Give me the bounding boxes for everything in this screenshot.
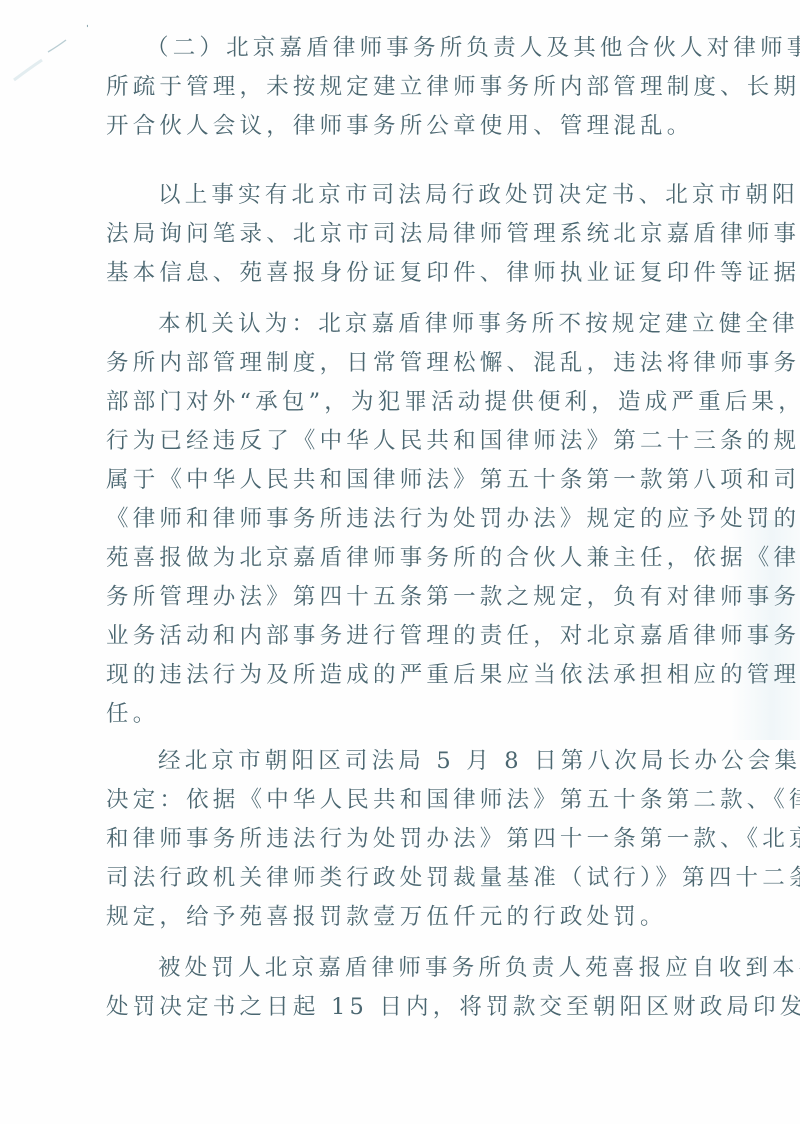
paragraph-gap — [106, 937, 750, 949]
paragraph-payment: 被处罚人北京嘉盾律师事务所负责人苑喜报应自收到本行政 处罚决定书之日起 15 日… — [106, 949, 750, 1027]
text-line: 务所管理办法》第四十五条第一款之规定，负有对律师事务所的 — [106, 578, 750, 617]
text-line: 业务活动和内部事务进行管理的责任，对北京嘉盾律师事务所出 — [106, 617, 750, 656]
text-line: 部部门对外“承包”，为犯罪活动提供便利，造成严重后果，其 — [106, 383, 750, 422]
text-line: 和律师事务所违法行为处罚办法》第四十一条第一款、《北京市 — [106, 820, 750, 859]
text-line: 经北京市朝阳区司法局 5 月 8 日第八次局长办公会集体研究 — [106, 742, 750, 781]
text-line: 行为已经违反了《中华人民共和国律师法》第二十三条的规定， — [106, 422, 750, 461]
text-line: 所疏于管理，未按规定建立律师事务所内部管理制度、长期不召 — [106, 68, 750, 107]
text-line: 被处罚人北京嘉盾律师事务所负责人苑喜报应自收到本行政 — [106, 949, 750, 988]
text-line: 苑喜报做为北京嘉盾律师事务所的合伙人兼主任，依据《律师事 — [106, 539, 750, 578]
text-line: 决定：依据《中华人民共和国律师法》第五十条第二款、《律师 — [106, 781, 750, 820]
text-line: （二）北京嘉盾律师事务所负责人及其他合伙人对律师事务 — [106, 29, 750, 68]
text-line: 任。 — [106, 695, 750, 734]
text-line: 本机关认为：北京嘉盾律师事务所不按规定建立健全律师事 — [106, 305, 750, 344]
text-line: 属于《中华人民共和国律师法》第五十条第一款第八项和司法部 — [106, 461, 750, 500]
text-line: 开合伙人会议，律师事务所公章使用、管理混乱。 — [106, 107, 750, 146]
paragraph-gap — [106, 734, 750, 742]
text-line: 司法行政机关律师类行政处罚裁量基准（试行）》第四十二条的 — [106, 859, 750, 898]
text-line: 基本信息、苑喜报身份证复印件、律师执业证复印件等证据佐证。 — [106, 254, 750, 293]
scan-mark-icon — [8, 22, 88, 82]
text-line: 《律师和律师事务所违法行为处罚办法》规定的应予处罚的情形。 — [106, 500, 750, 539]
paragraph-finding: 本机关认为：北京嘉盾律师事务所不按规定建立健全律师事 务所内部管理制度，日常管理… — [106, 305, 750, 734]
document-body: （二）北京嘉盾律师事务所负责人及其他合伙人对律师事务 所疏于管理，未按规定建立律… — [106, 29, 750, 1027]
paragraph-gap — [106, 293, 750, 305]
text-line: 务所内部管理制度，日常管理松懈、混乱，违法将律师事务所内 — [106, 344, 750, 383]
text-line: 规定，给予苑喜报罚款壹万伍仟元的行政处罚。 — [106, 898, 750, 937]
text-line: 以上事实有北京市司法局行政处罚决定书、北京市朝阳区司 — [106, 176, 750, 215]
paragraph-management-failure: （二）北京嘉盾律师事务所负责人及其他合伙人对律师事务 所疏于管理，未按规定建立律… — [106, 29, 750, 146]
text-line: 处罚决定书之日起 15 日内，将罚款交至朝阳区财政局印发的《行 — [106, 988, 750, 1027]
paragraph-decision: 经北京市朝阳区司法局 5 月 8 日第八次局长办公会集体研究 决定：依据《中华人… — [106, 742, 750, 937]
paragraph-evidence: 以上事实有北京市司法局行政处罚决定书、北京市朝阳区司 法局询问笔录、北京市司法局… — [106, 176, 750, 293]
scanned-page: （二）北京嘉盾律师事务所负责人及其他合伙人对律师事务 所疏于管理，未按规定建立律… — [0, 0, 800, 1124]
text-line: 现的违法行为及所造成的严重后果应当依法承担相应的管理责 — [106, 656, 750, 695]
paragraph-gap — [106, 146, 750, 176]
text-line: 法局询问笔录、北京市司法局律师管理系统北京嘉盾律师事务所 — [106, 215, 750, 254]
